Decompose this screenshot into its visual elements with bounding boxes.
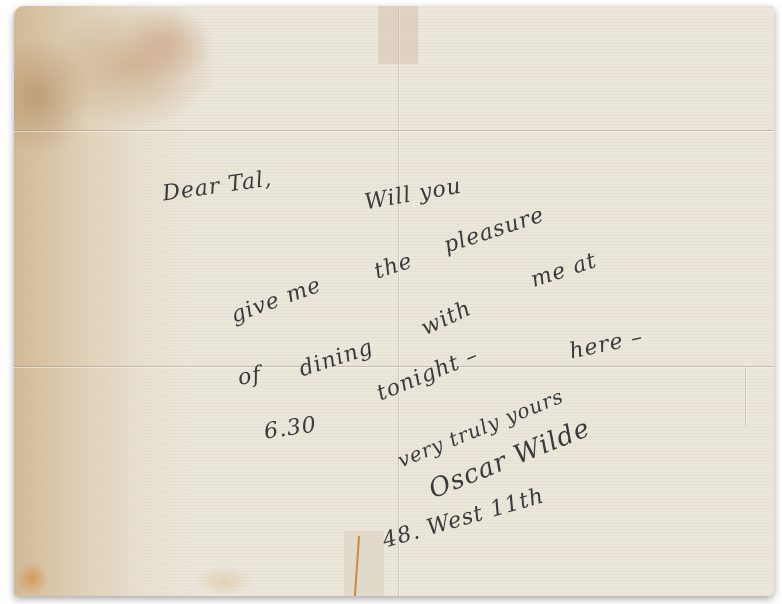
water-stain-bottom: [194, 566, 254, 596]
fold-line-horizontal-top: [14, 130, 774, 131]
fold-line-vertical-center: [398, 6, 399, 596]
text-of: of: [236, 362, 263, 391]
fold-line-vertical-right: [745, 366, 746, 426]
water-stain-top: [114, 6, 224, 96]
letter-paper: Dear Tal, Will you give me the pleasure …: [14, 6, 774, 596]
fold-line-horizontal-middle: [14, 366, 774, 367]
rust-spot: [17, 561, 47, 596]
tape-mark-bottom: [344, 531, 384, 596]
